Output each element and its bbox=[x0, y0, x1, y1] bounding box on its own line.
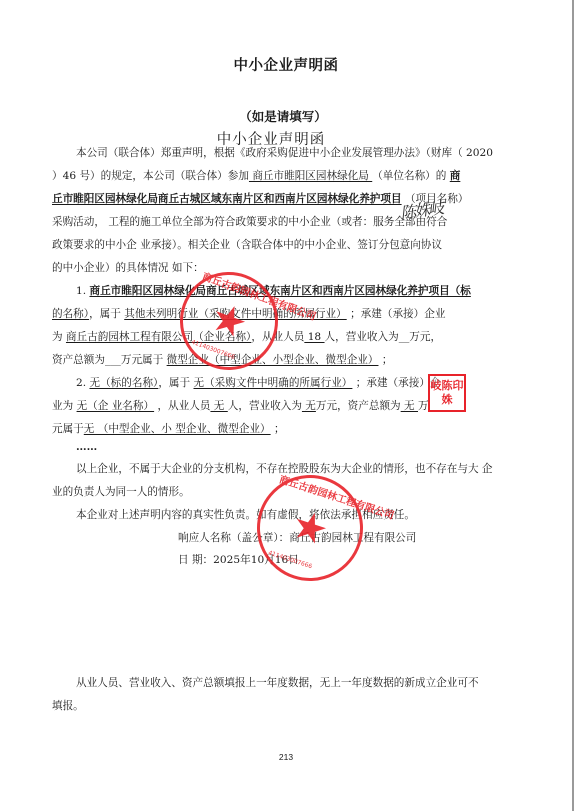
item-number: 1. bbox=[76, 285, 86, 297]
project-name: 丘市睢阳区园林绿化局商丘古城区域东南片区和西南片区园林绿化养护项目 bbox=[52, 193, 402, 205]
label-text: 万元，资产总额为 bbox=[316, 400, 401, 412]
item2-industry: 无（采购文件中明确的所属行业） bbox=[194, 377, 353, 389]
item2-assets: 无 bbox=[401, 400, 418, 412]
intro-line-2: ）46 号）的规定，本公司（联合体）参加 商丘市睢阳区园林绿化局 （单位名称）的… bbox=[52, 169, 522, 183]
label-text: 为 bbox=[52, 331, 66, 343]
intro-text: ）46 号）的规定，本公司（联合体）参加 bbox=[52, 170, 249, 182]
purchaser-name: 商丘市睢阳区园林绿化局 bbox=[249, 170, 372, 182]
document-page: 中小企业声明函 （如是请填写） 中小企业声明函 本公司（联合体）郑重声明，根据《… bbox=[0, 0, 572, 811]
label-text: 元属于 bbox=[52, 423, 84, 435]
project-name-start: 商 bbox=[450, 170, 461, 182]
item2-revenue: 无 bbox=[302, 400, 316, 412]
item-number: 2. bbox=[76, 377, 86, 389]
document-subtitle: （如是请填写） bbox=[0, 107, 566, 125]
page-number: 213 bbox=[0, 752, 572, 762]
seal-char: 印 bbox=[453, 379, 464, 393]
seal-char: 陈 bbox=[442, 379, 453, 393]
statement-line-1: 以上企业，不属于大企业的分支机构，不存在控股股东为大企业的情形，也不存在与大 企 bbox=[52, 462, 546, 476]
label-text: 万 bbox=[418, 400, 429, 412]
item2-line-3: 元属于无 （中型企业、小 型企业、微型企业） ； bbox=[52, 422, 522, 436]
item2-staff: 无 bbox=[210, 400, 227, 412]
item2-project: 无（标的名称） bbox=[89, 377, 158, 389]
intro-line-6: 的中小企业）的具体情况 如下： bbox=[52, 261, 522, 275]
seal-char: 姝 bbox=[442, 393, 453, 407]
label-text: ，属于 bbox=[89, 308, 124, 320]
label-text: 业为 bbox=[52, 400, 77, 412]
company-seal-signature: 商丘古韵园林工程有限公司 ★ 411403007666 bbox=[243, 461, 377, 595]
item1-line-1: 1. 商丘市睢阳区园林绿化局商丘古城区域东南片区和西南片区园林绿化养护项目（标 bbox=[52, 284, 546, 298]
item1-staff: 18 bbox=[304, 331, 324, 343]
intro-line-3: 丘市睢阳区园林绿化局商丘古城区域东南片区和西南片区园林绿化养护项目 （项目名称） bbox=[52, 192, 522, 206]
star-icon: ★ bbox=[287, 503, 333, 552]
intro-text: 本公司（联合体）郑重声明，根据《政府采购促进中小企业发展管理办法》（财库（ 20… bbox=[76, 147, 493, 159]
label-text: ，属于 bbox=[158, 377, 193, 389]
label-text: ；承建（承接）企业 bbox=[347, 308, 446, 320]
label-text: ； bbox=[271, 423, 285, 435]
intro-line-1: 本公司（联合体）郑重声明，根据《政府采购促进中小企业发展管理办法》（财库（ 20… bbox=[52, 146, 546, 160]
item1-line-3: 为 商丘古韵园林工程有限公司（企业名称），从业人员 18 人，营业收入为__万元… bbox=[52, 330, 522, 344]
intro-line-4: 采购活动， 工程的施工单位全部为符合政策要求的中小企业（或者：服务全部由符合 bbox=[52, 215, 522, 229]
star-icon: ★ bbox=[205, 296, 252, 346]
seal-char: 岐 bbox=[431, 379, 442, 393]
ellipsis: …… bbox=[52, 440, 546, 454]
date-label: 日 期： bbox=[178, 554, 213, 566]
intro-line-5: 政策要求的中小企 业承接）。相关企业（含联合体中的中小企业、签订分包意向协议 bbox=[52, 238, 522, 252]
item1-line-4: 资产总额为___万元属于 微型企业（中型企业、小型企业、微型企业） ； bbox=[52, 353, 522, 367]
intro-text: （单位名称）的 bbox=[372, 170, 450, 182]
item1-project-cont: 的名称） bbox=[52, 308, 89, 320]
personal-name-seal: 岐 陈 印 姝 bbox=[428, 374, 466, 412]
label-text: ，从业人员 bbox=[154, 400, 210, 412]
label-text: ； bbox=[378, 354, 392, 366]
note-line-2: 填报。 bbox=[52, 699, 522, 713]
label-text: 人，营业收入为__万元， bbox=[325, 331, 442, 343]
item2-size: 无 （中型企业、小 型企业、微型企业） bbox=[84, 423, 271, 435]
label-text: 资产总额为___万元属于 bbox=[52, 354, 167, 366]
note-line-1: 从业人员、营业收入、资产总额填报上一年度数据，无上一年度数据的新成立企业可不 bbox=[52, 676, 546, 690]
label-text: 人，营业收入为 bbox=[228, 400, 302, 412]
item2-company: 无（企 业名称） bbox=[77, 400, 155, 412]
item2-line-1: 2. 无（标的名称），属于 无（采购文件中明确的所属行业） ；承建（承接）企 bbox=[52, 376, 546, 390]
seal-code: 411403007666 bbox=[267, 549, 313, 570]
document-title: 中小企业声明函 bbox=[0, 54, 572, 75]
